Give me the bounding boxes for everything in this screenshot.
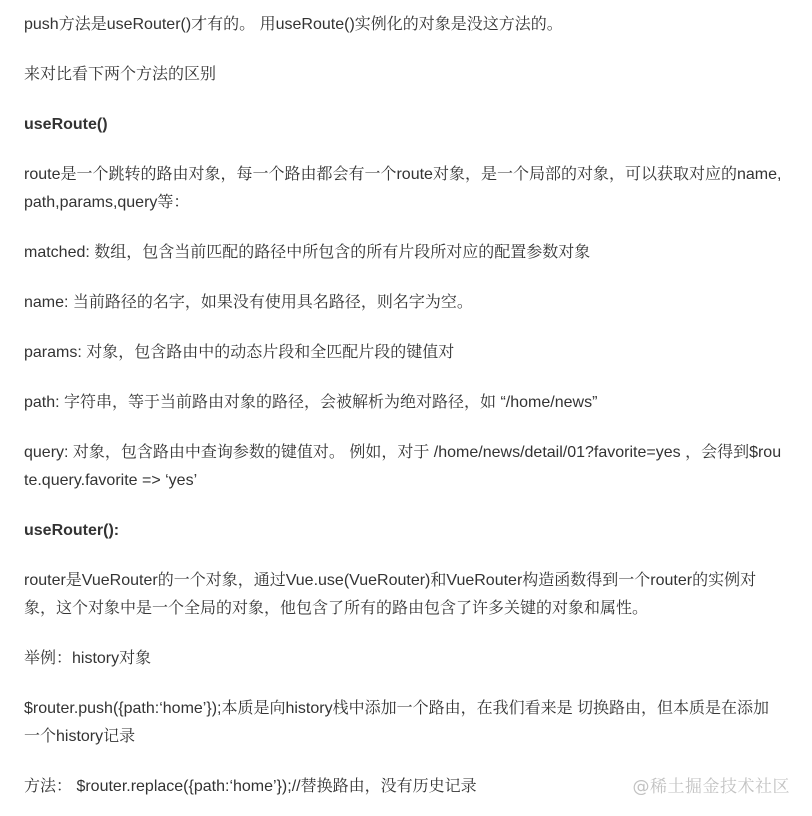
route-name: name: 当前路径的名字，如果没有使用具名路径，则名字为空。 bbox=[24, 289, 784, 317]
route-path: path: 字符串，等于当前路由对象的路径，会被解析为绝对路径，如 “/home… bbox=[24, 389, 784, 417]
router-push-description: $router.push({path:‘home’});本质是向history栈… bbox=[24, 695, 784, 751]
history-example: 举例：history对象 bbox=[24, 645, 784, 673]
route-params: params: 对象，包含路由中的动态片段和全匹配片段的键值对 bbox=[24, 339, 784, 367]
intro-paragraph: push方法是useRouter()才有的。 用useRoute()实例化的对象… bbox=[24, 11, 784, 39]
heading-use-router: useRouter(): bbox=[24, 517, 784, 545]
router-description: router是VueRouter的一个对象，通过Vue.use(VueRoute… bbox=[24, 567, 784, 623]
comparison-intro: 来对比看下两个方法的区别 bbox=[24, 61, 784, 89]
route-matched: matched: 数组，包含当前匹配的路径中所包含的所有片段所对应的配置参数对象 bbox=[24, 239, 784, 267]
route-description: route是一个跳转的路由对象，每一个路由都会有一个route对象，是一个局部的… bbox=[24, 161, 784, 217]
heading-use-route: useRoute() bbox=[24, 111, 784, 139]
article-body: push方法是useRouter()才有的。 用useRoute()实例化的对象… bbox=[24, 11, 784, 816]
route-query: query: 对象，包含路由中查询参数的键值对。 例如，对于 /home/new… bbox=[24, 439, 784, 495]
watermark: @稀土掘金技术社区 bbox=[633, 772, 791, 797]
